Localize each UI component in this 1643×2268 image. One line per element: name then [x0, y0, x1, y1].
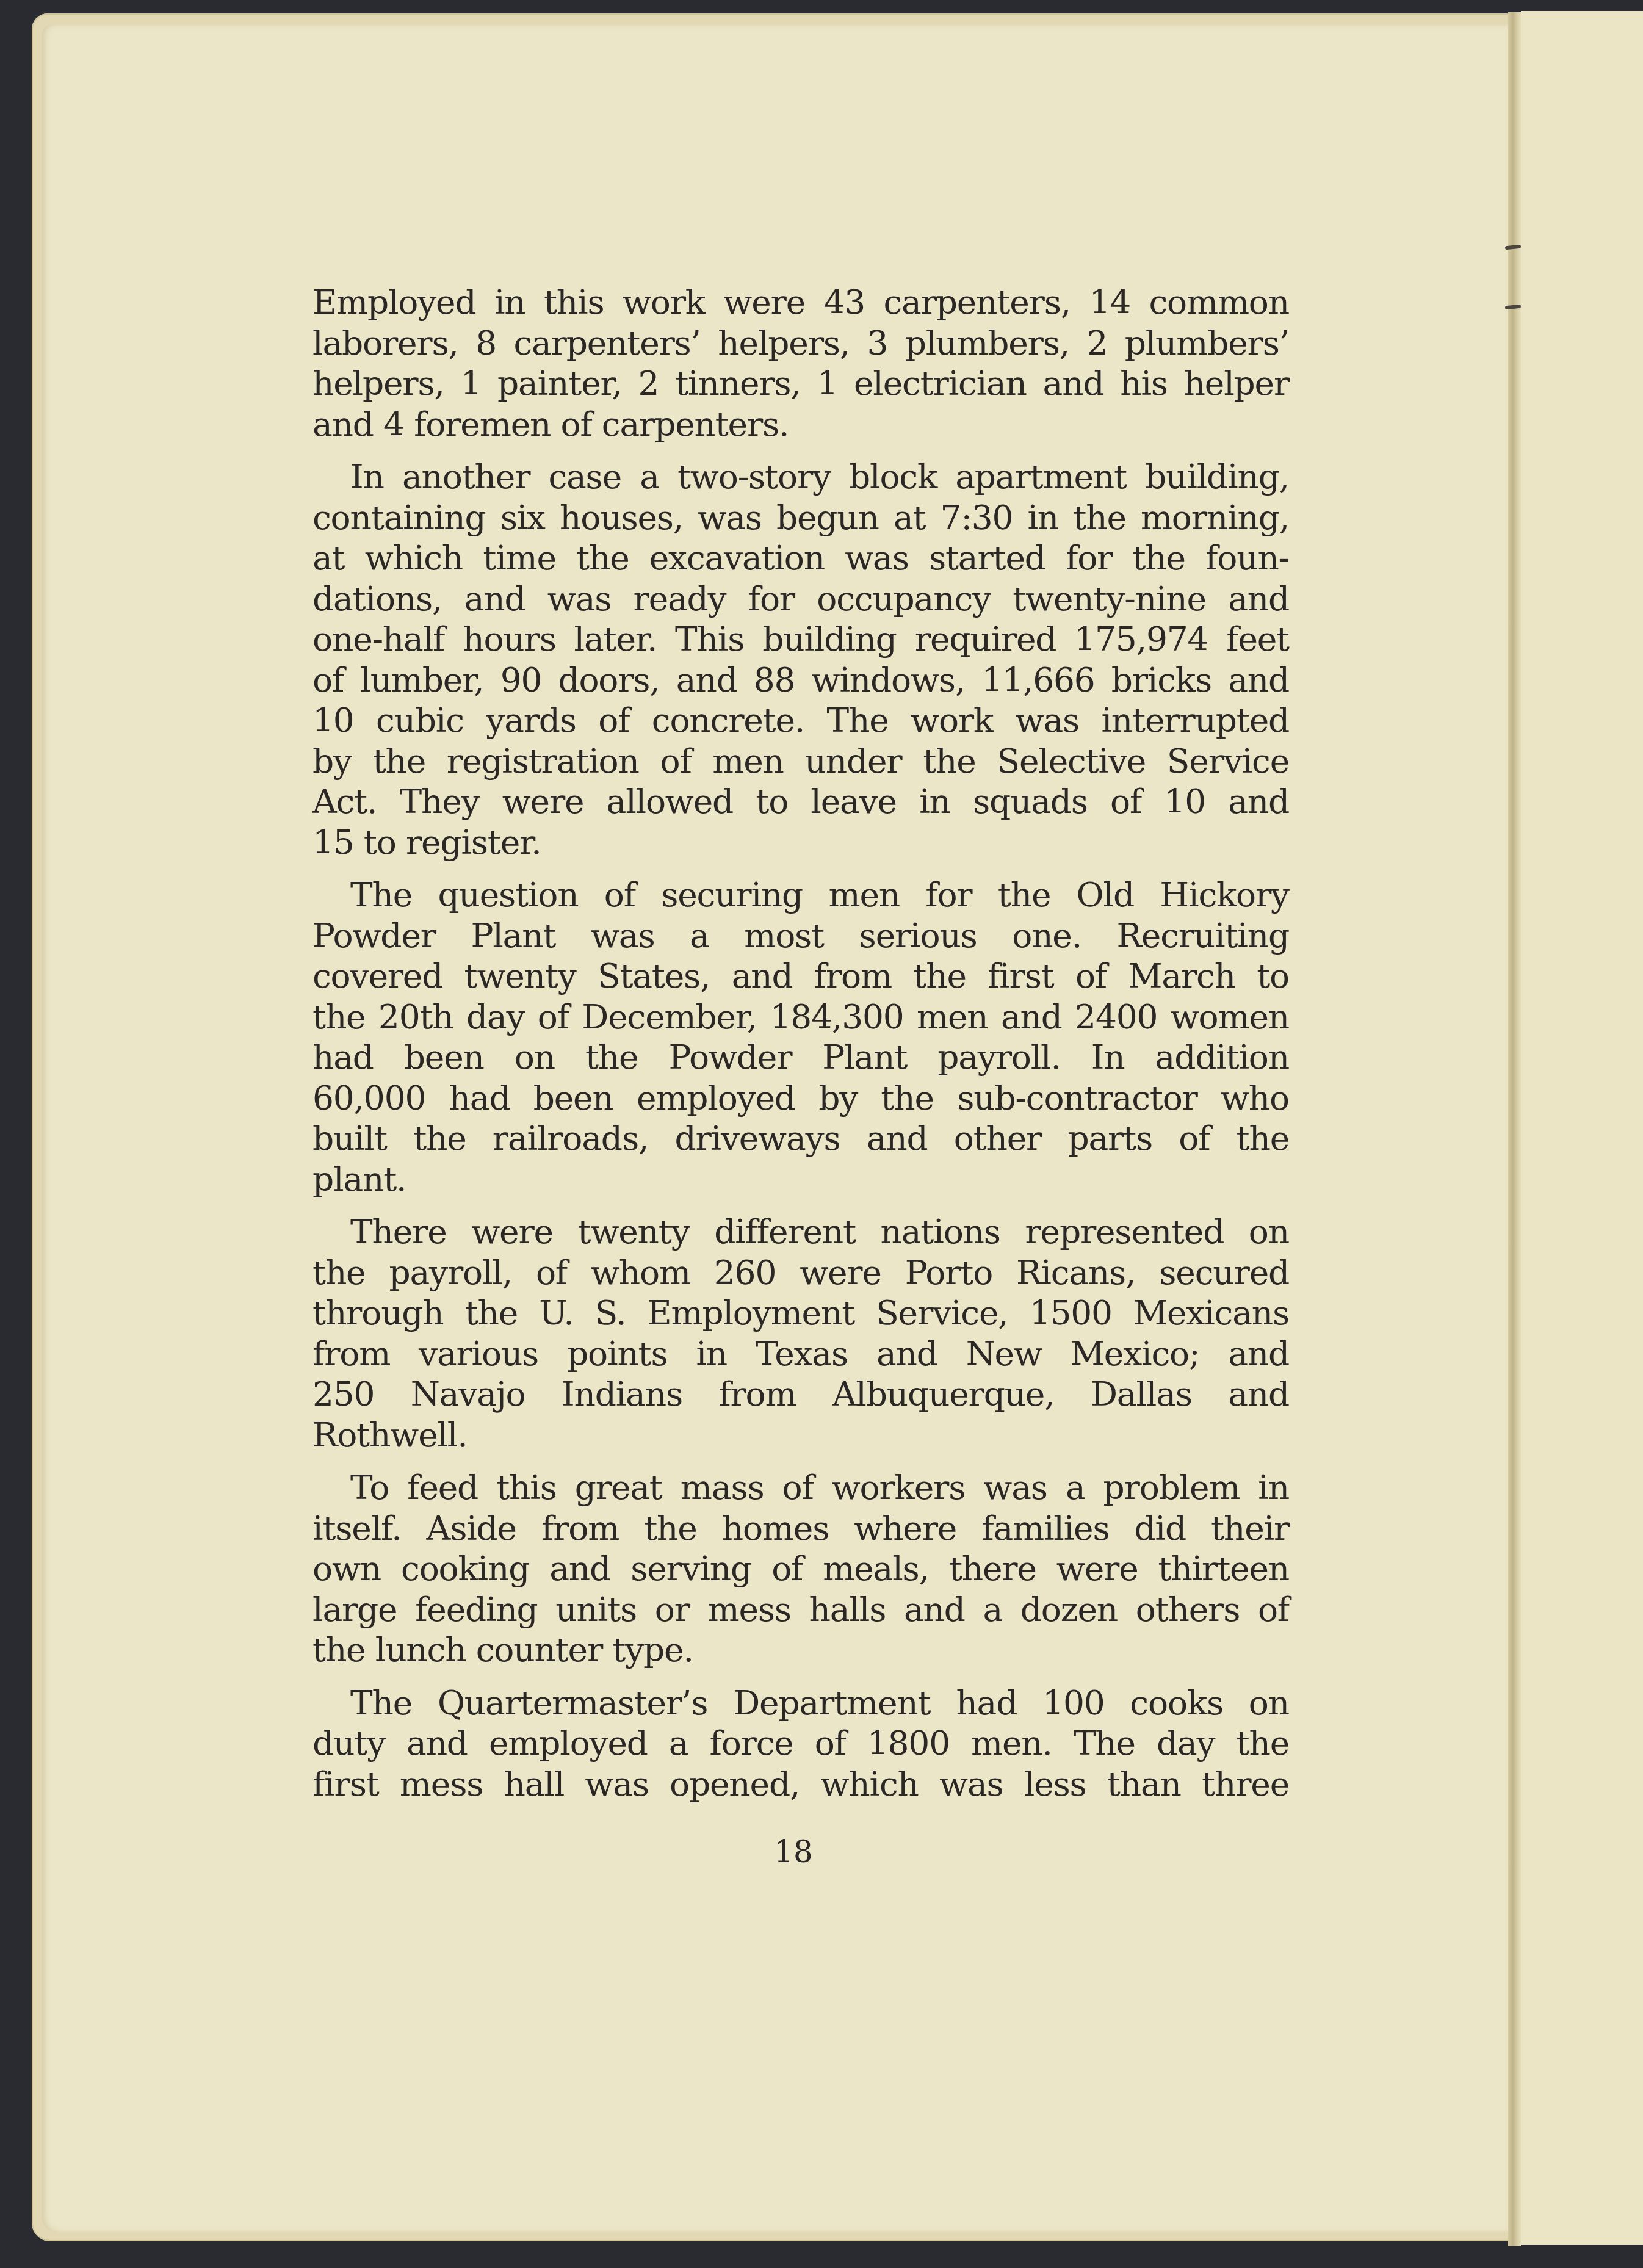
text-line: The question of securing men for the Old…	[312, 875, 1289, 916]
paragraph-feeding-workers: To feed this great mass of workers was a…	[312, 1467, 1289, 1670]
book-gutter	[1508, 12, 1521, 2246]
text-line: had been on the Powder Plant payroll. In…	[312, 1037, 1289, 1078]
text-line: covered twenty States, and from the firs…	[312, 956, 1289, 997]
text-line: from various points in Texas and New Mex…	[312, 1334, 1289, 1374]
text-line: the lunch counter type.	[312, 1630, 1289, 1670]
text-line: To feed this great mass of workers was a…	[312, 1467, 1289, 1508]
text-line: own cooking and serving of meals, there …	[312, 1548, 1289, 1589]
text-line: There were twenty different nations repr…	[312, 1212, 1289, 1252]
text-line: the payroll, of whom 260 were Porto Rica…	[312, 1252, 1289, 1293]
text-line: containing six houses, was begun at 7:30…	[312, 497, 1289, 538]
text-line: The Quartermaster’s Department had 100 c…	[312, 1683, 1289, 1724]
text-line: large feeding units or mess halls and a …	[312, 1589, 1289, 1630]
text-line: duty and employed a force of 1800 men. T…	[312, 1723, 1289, 1764]
text-line: 10 cubic yards of concrete. The work was…	[312, 700, 1289, 741]
next-page-edge	[1521, 11, 1643, 2245]
text-line: dations, and was ready for occupancy twe…	[312, 579, 1289, 619]
text-line: In another case a two-story block apartm…	[312, 457, 1289, 497]
text-line: through the U. S. Employment Service, 15…	[312, 1293, 1289, 1334]
paragraph-apartment-building: In another case a two-story block apartm…	[312, 457, 1289, 862]
text-line: laborers, 8 carpenters’ helpers, 3 plumb…	[312, 323, 1289, 364]
page-number: 18	[732, 1834, 854, 1869]
text-line: the 20th day of December, 184,300 men an…	[312, 997, 1289, 1038]
text-line: of lumber, 90 doors, and 88 windows, 11,…	[312, 660, 1289, 701]
text-line: itself. Aside from the homes where famil…	[312, 1508, 1289, 1549]
text-line: plant.	[312, 1159, 1289, 1200]
text-line: Employed in this work were 43 carpenters…	[312, 282, 1289, 323]
text-line: Rothwell.	[312, 1415, 1289, 1456]
paragraph-workers-employed: Employed in this work were 43 carpenters…	[312, 282, 1289, 444]
text-line: 60,000 had been employed by the sub-cont…	[312, 1078, 1289, 1119]
text-line: by the registration of men under the Sel…	[312, 741, 1289, 782]
text-line: helpers, 1 painter, 2 tinners, 1 electri…	[312, 363, 1289, 404]
text-line: at which time the excavation was started…	[312, 538, 1289, 579]
text-line: Powder Plant was a most serious one. Rec…	[312, 916, 1289, 956]
text-line: Act. They were allowed to leave in squad…	[312, 781, 1289, 822]
paragraph-nations-represented: There were twenty different nations repr…	[312, 1212, 1289, 1455]
text-line: and 4 foremen of carpenters.	[312, 404, 1289, 445]
paragraph-recruiting: The question of securing men for the Old…	[312, 875, 1289, 1199]
text-line: 250 Navajo Indians from Albuquerque, Dal…	[312, 1374, 1289, 1415]
text-line: one-half hours later. This building requ…	[312, 619, 1289, 660]
text-line: 15 to register.	[312, 822, 1289, 863]
text-line: built the railroads, driveways and other…	[312, 1118, 1289, 1159]
paragraph-quartermaster: The Quartermaster’s Department had 100 c…	[312, 1683, 1289, 1805]
text-line: first mess hall was opened, which was le…	[312, 1764, 1289, 1805]
body-text: Employed in this work were 43 carpenters…	[312, 282, 1289, 1816]
